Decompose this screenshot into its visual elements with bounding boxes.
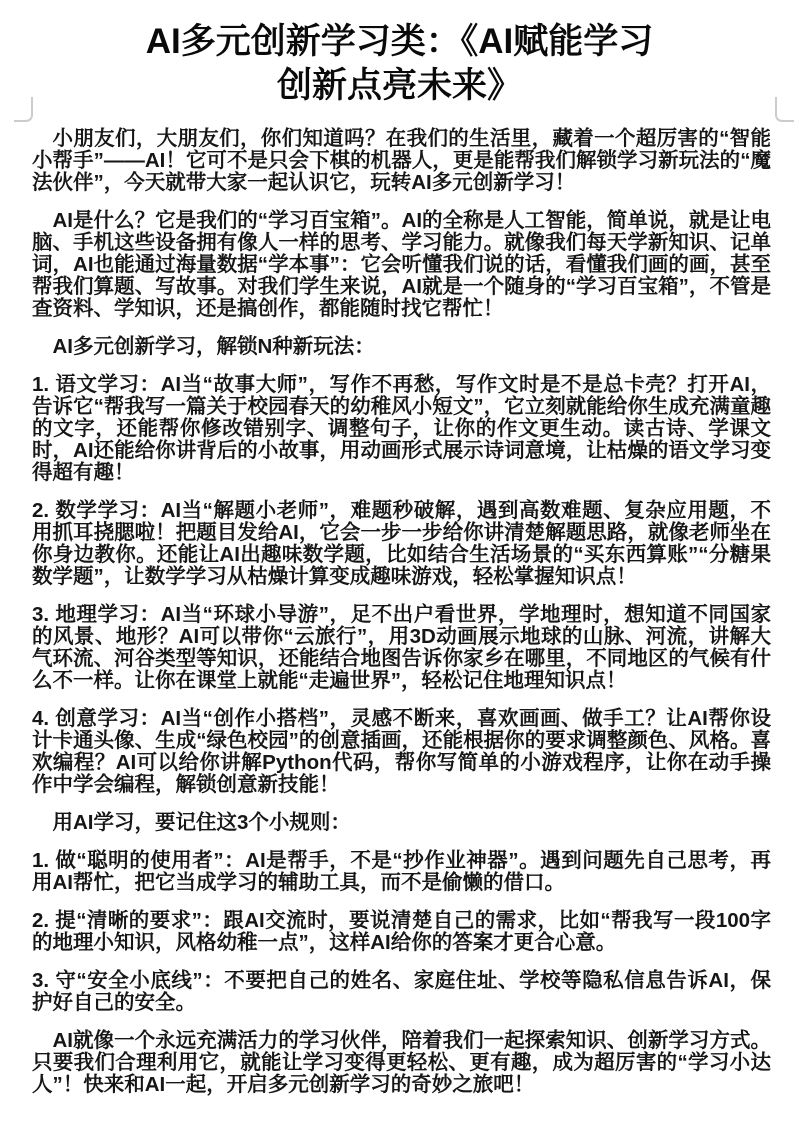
rule-safety: 3. 守“安全小底线”：不要把自己的姓名、家庭住址、学校等隐私信息告诉AI，保护… bbox=[32, 970, 771, 1014]
article-title-line1: AI多元创新学习类：《AI赋能学习 bbox=[146, 22, 654, 61]
item-math-learning: 2. 数学学习：AI当“解题小老师”，难题秒破解，遇到高数难题、复杂应用题，不用… bbox=[32, 500, 771, 588]
article-page: AI多元创新学习类：《AI赋能学习创新点亮未来》 小朋友们，大朋友们，你们知道吗… bbox=[0, 0, 799, 1146]
rule-smart-user: 1. 做“聪明的使用者”：AI是帮手，不是“抄作业神器”。遇到问题先自己思考，再… bbox=[32, 850, 771, 894]
item-chinese-learning: 1. 语文学习：AI当“故事大师”，写作不再愁，写作文时是不是总卡壳？打开AI，… bbox=[32, 374, 771, 484]
left-corner-mark bbox=[14, 97, 33, 122]
paragraph-what-is-ai: AI是什么？它是我们的“学习百宝箱”。AI的全称是人工智能，简单说，就是让电脑、… bbox=[32, 210, 771, 320]
paragraph-conclusion: AI就像一个永远充满活力的学习伙伴，陪着我们一起探索知识、创新学习方式。只要我们… bbox=[32, 1030, 771, 1096]
rule-clear-request: 2. 提“清晰的要求”：跟AI交流时，要说清楚自己的需求，比如“帮我写一段100… bbox=[32, 910, 771, 954]
right-corner-mark bbox=[775, 97, 794, 122]
paragraph-intro: 小朋友们，大朋友们，你们知道吗？在我们的生活里，藏着一个超厉害的“智能小帮手”—… bbox=[32, 128, 771, 194]
heading-rules: 用AI学习，要记住这3个小规则： bbox=[32, 812, 771, 834]
heading-play-methods: AI多元创新学习，解锁N种新玩法： bbox=[32, 336, 771, 358]
item-geography-learning: 3. 地理学习：AI当“环球小导游”，足不出户看世界，学地理时，想知道不同国家的… bbox=[32, 604, 771, 692]
article-body: 小朋友们，大朋友们，你们知道吗？在我们的生活里，藏着一个超厉害的“智能小帮手”—… bbox=[0, 108, 799, 1096]
article-title-line2: 创新点亮未来》 bbox=[277, 66, 522, 105]
article-title: AI多元创新学习类：《AI赋能学习创新点亮未来》 bbox=[0, 0, 799, 108]
item-creative-learning: 4. 创意学习：AI当“创作小搭档”，灵感不断来，喜欢画画、做手工？让AI帮你设… bbox=[32, 708, 771, 796]
